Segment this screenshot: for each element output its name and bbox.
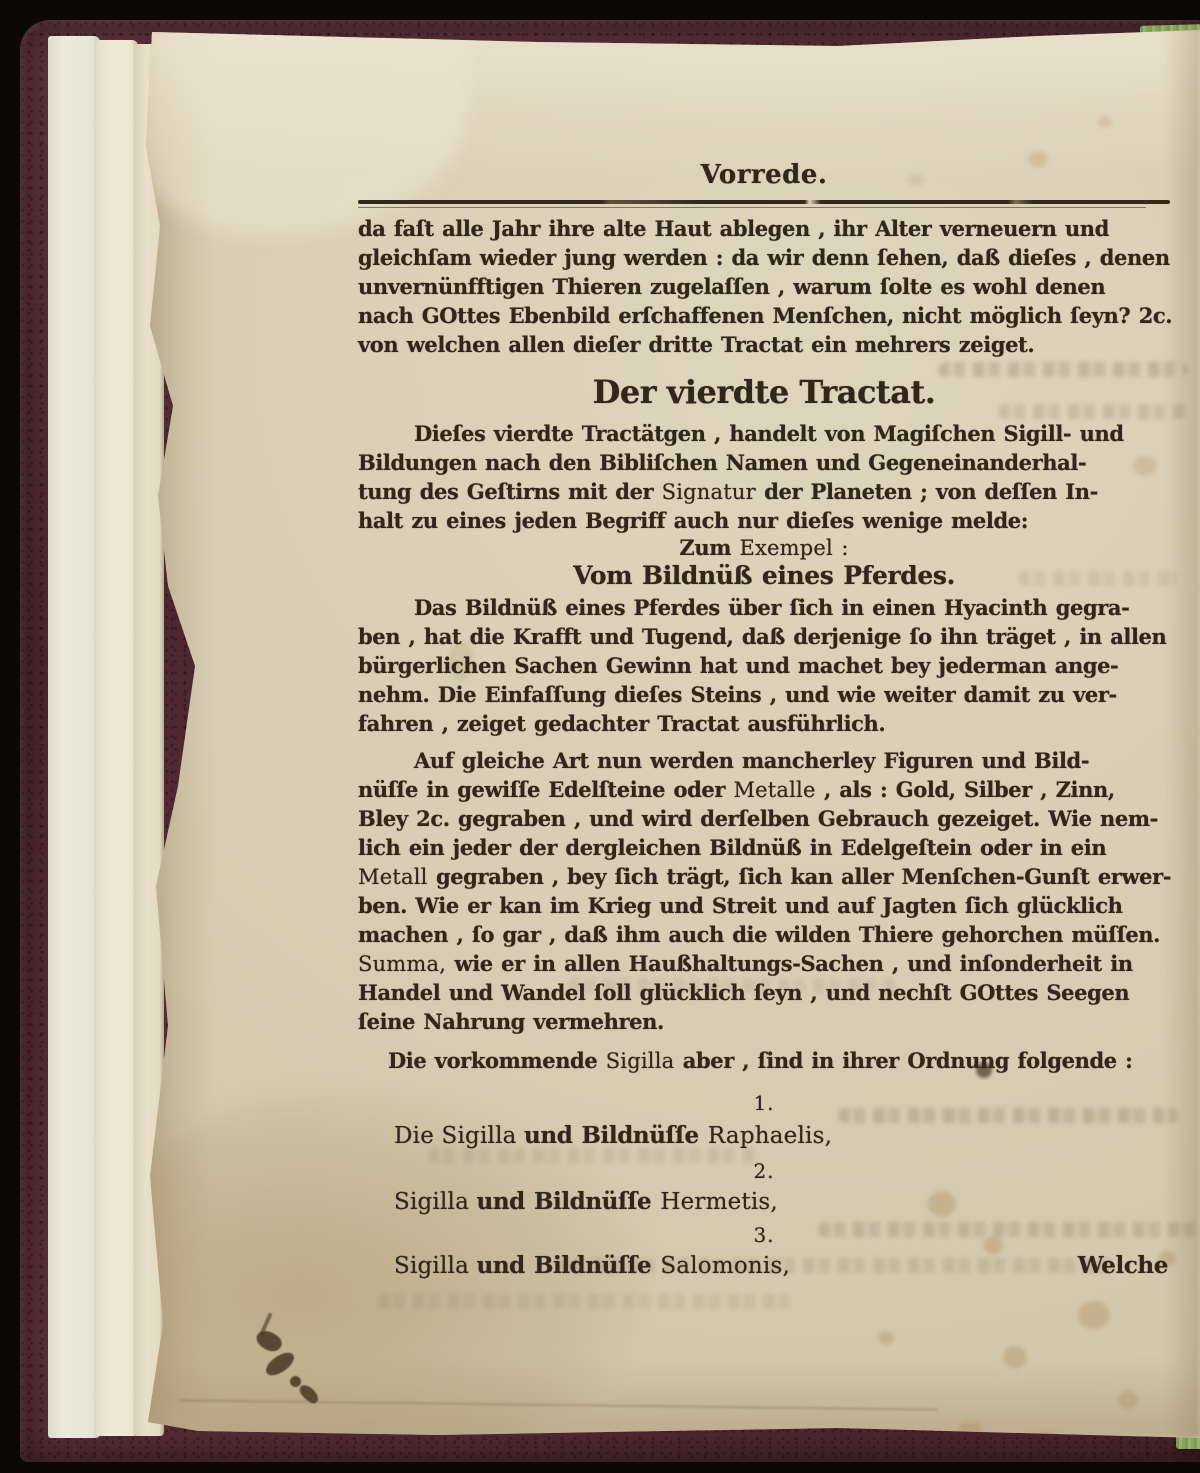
body-line: ſeine Nahrung vermehren. bbox=[358, 1007, 1170, 1036]
body-line: da faſt alle Jahr ihre alte Haut ablegen… bbox=[358, 214, 1170, 243]
body-line: ben. Wie er kan im Krieg und Streit und … bbox=[358, 891, 1170, 920]
ink-blot bbox=[253, 1326, 285, 1356]
header-rule bbox=[358, 200, 1170, 212]
foxing-spot bbox=[1118, 1391, 1138, 1409]
body-line: Handel und Wandel ſoll glücklich ſeyn , … bbox=[358, 978, 1170, 1007]
foxing-spot bbox=[1098, 116, 1112, 128]
body-line: tung des Geſtirns mit der Signatur der P… bbox=[358, 477, 1170, 506]
body-line: Das Bildnüß eines Pferdes über ſich in e… bbox=[358, 593, 1170, 622]
body-line: Dieſes vierdte Tractätgen , handelt von … bbox=[358, 419, 1170, 448]
body-line: lich ein jeder der dergleichen Bildnüß i… bbox=[358, 833, 1170, 862]
paper-crease bbox=[178, 1399, 938, 1410]
body-line: machen , ſo gar , daß ihm auch die wilde… bbox=[358, 920, 1170, 949]
list-number: 1. bbox=[358, 1091, 1170, 1115]
catchword: Welche bbox=[1078, 1251, 1168, 1281]
body-line: Auf gleiche Art nun werden mancherley Fi… bbox=[358, 746, 1170, 775]
body-line: Bildungen nach den Bibliſchen Namen und … bbox=[358, 448, 1170, 477]
photograph-backdrop: { "colors":{ "backdrop":"#0b0906", "cove… bbox=[0, 0, 1200, 1473]
body-line: bürgerlichen Sachen Gewinn hat und mache… bbox=[358, 651, 1170, 680]
section-heading: Der vierdte Tractat. bbox=[358, 367, 1170, 419]
list-item: Die Sigilla und Bildnüſſe Raphaelis, bbox=[358, 1121, 1170, 1151]
ink-blot bbox=[297, 1382, 322, 1405]
running-header: Vorrede. bbox=[358, 160, 1170, 200]
page-edge-strip bbox=[96, 40, 138, 1436]
foxing-spot bbox=[1078, 1301, 1110, 1329]
horse-paragraph: Das Bildnüß eines Pferdes über ſich in e… bbox=[358, 593, 1170, 738]
sigilla-list: 1. Die Sigilla und Bildnüſſe Raphaelis, … bbox=[358, 1091, 1170, 1281]
ink-blot bbox=[290, 1376, 301, 1387]
body-line: Bley 2c. gegraben , und wird derſelben G… bbox=[358, 804, 1170, 833]
body-line: nehm. Die Einfaſſung dieſes Steins , und… bbox=[358, 680, 1170, 709]
water-stain-bottom bbox=[138, 1358, 1200, 1438]
list-item: Welche Sigilla und Bildnüſſe Salomonis, bbox=[358, 1251, 1170, 1281]
list-item: Sigilla und Bildnüſſe Hermetis, bbox=[358, 1187, 1170, 1217]
list-number: 2. bbox=[358, 1159, 1170, 1183]
body-line: von welchen allen dieſer dritte Tractat … bbox=[358, 330, 1170, 359]
foxing-spot bbox=[878, 1331, 894, 1345]
text-block: Vorrede. da faſt alle Jahr ihre alte Hau… bbox=[358, 160, 1170, 1281]
example-title: Vom Bildnüß eines Pferdes. bbox=[358, 561, 1170, 593]
body-line: ben , hat die Krafft und Tugend, daß der… bbox=[358, 622, 1170, 651]
bleedthrough-text bbox=[378, 1294, 798, 1309]
main-page: Vorrede. da faſt alle Jahr ihre alte Hau… bbox=[138, 26, 1200, 1438]
ink-blot bbox=[259, 1312, 272, 1336]
body-line: halt zu eines jeden Begriff auch nur die… bbox=[358, 506, 1170, 535]
figures-paragraph: Auf gleiche Art nun werden mancherley Fi… bbox=[358, 746, 1170, 1036]
body-line: fahren , zeiget gedachter Tractat ausfüh… bbox=[358, 709, 1170, 738]
foxing-spot bbox=[1003, 1346, 1027, 1368]
tract-paragraph: Dieſes vierdte Tractätgen , handelt von … bbox=[358, 419, 1170, 535]
intro-paragraph: da faſt alle Jahr ihre alte Haut ablegen… bbox=[358, 214, 1170, 359]
body-line: Summa, wie er in allen Haußhaltungs-Sach… bbox=[358, 949, 1170, 978]
list-number: 3. bbox=[358, 1223, 1170, 1247]
page-edge-strip bbox=[48, 36, 100, 1438]
body-line: nach GOttes Ebenbild erſchaffenen Menſch… bbox=[358, 301, 1170, 330]
example-label: Zum Exempel : bbox=[358, 535, 1170, 561]
body-line: nüſſe in gewiſſe Edelſteine oder Metalle… bbox=[358, 775, 1170, 804]
body-line: Metall gegraben , bey ſich trägt, ſich k… bbox=[358, 862, 1170, 891]
paper-highlight-top bbox=[138, 26, 1200, 176]
body-line: unvernünfftigen Thieren zugelaſſen , war… bbox=[358, 272, 1170, 301]
order-intro-line: Die vorkommende Sigilla aber , ſind in i… bbox=[358, 1046, 1170, 1075]
ink-blot bbox=[262, 1348, 297, 1379]
body-line: gleichſam wieder jung werden : da wir de… bbox=[358, 243, 1170, 272]
